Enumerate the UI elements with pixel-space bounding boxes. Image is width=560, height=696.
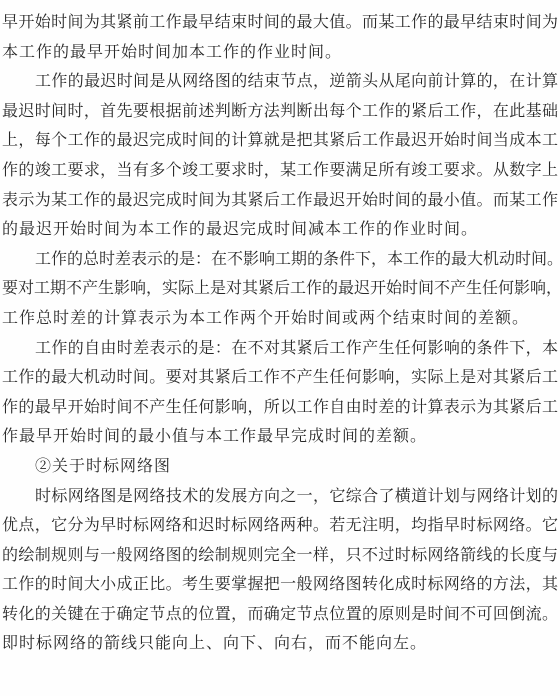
text-line: 的最迟开始时间为本工作的最迟完成时间减本工作的作业时间。 (2, 214, 558, 244)
text-line: 工作的时间大小成正比。考生要掌握把一般网络图转化成时标网络的方法，其 (2, 569, 558, 599)
document-page: 早开始时间为其紧前工作最早结束时间的最大值。而某工作的最早结束时间为本工作的最早… (0, 0, 560, 696)
text-line: 最迟时间时，首先要根据前述判断方法判断出每个工作的紧后工作，在此基础 (2, 96, 558, 126)
text-line: 工作的最大机动时间。要对其紧后工作不产生任何影响，实际上是对其紧后工 (2, 362, 558, 392)
text-line: 要对工期不产生影响，实际上是对其紧后工作的最迟开始时间不产生任何影响， (2, 273, 558, 303)
text-line: 工作总时差的计算表示为本工作两个开始时间或两个结束时间的差额。 (2, 303, 558, 333)
text-line: 即时标网络的箭线只能向上、向下、向右，而不能向左。 (2, 628, 558, 658)
text-line: 时标网络图是网络技术的发展方向之一，它综合了横道计划与网络计划的 (2, 481, 558, 511)
text-line: 本工作的最早开始时间加本工作的作业时间。 (2, 37, 558, 67)
text-line: 工作的总时差表示的是：在不影响工期的条件下，本工作的最大机动时间。 (2, 244, 558, 274)
text-line: 作的竣工要求，当有多个竣工要求时，某工作要满足所有竣工要求。从数字上 (2, 155, 558, 185)
document-text-block: 早开始时间为其紧前工作最早结束时间的最大值。而某工作的最早结束时间为本工作的最早… (2, 7, 558, 658)
text-line: ②关于时标网络图 (2, 451, 558, 481)
text-line: 优点，它分为早时标网络和迟时标网络两种。若无注明，均指早时标网络。它 (2, 510, 558, 540)
text-line: 工作的自由时差表示的是：在不对其紧后工作产生任何影响的条件下，本 (2, 333, 558, 363)
text-line: 表示为某工作的最迟完成时间为其紧后工作最迟开始时间的最小值。而某工作 (2, 185, 558, 215)
text-line: 工作的最迟时间是从网络图的结束节点，逆箭头从尾向前计算的，在计算 (2, 66, 558, 96)
text-line: 早开始时间为其紧前工作最早结束时间的最大值。而某工作的最早结束时间为 (2, 7, 558, 37)
text-line: 转化的关键在于确定节点的位置，而确定节点位置的原则是时间不可回倒流。 (2, 599, 558, 629)
text-line: 作最早开始时间的最小值与本工作最早完成时间的差额。 (2, 421, 558, 451)
text-line: 的绘制规则与一般网络图的绘制规则完全一样，只不过时标网络箭线的长度与 (2, 540, 558, 570)
text-line: 作的最早开始时间不产生任何影响，所以工作自由时差的计算表示为其紧后工 (2, 392, 558, 422)
text-line: 上，每个工作的最迟完成时间的计算就是把其紧后工作最迟开始时间当成本工 (2, 125, 558, 155)
